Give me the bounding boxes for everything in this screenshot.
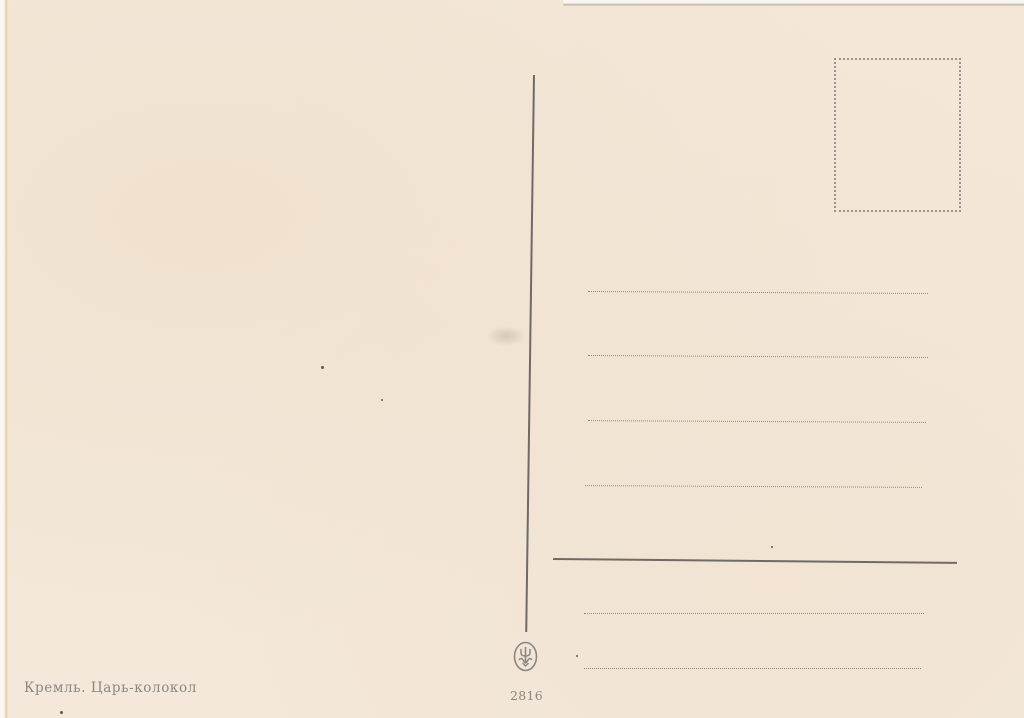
card-left-edge [0,0,8,718]
paper-speck [771,546,773,548]
message-address-divider [525,75,534,632]
card-top-edge [0,0,1024,6]
address-line-3 [588,420,926,423]
address-line-4 [585,485,922,488]
address-line-1 [588,291,928,294]
sender-line-2 [584,668,921,669]
paper-smudge [486,326,526,346]
paper-speck [576,655,578,657]
catalog-number: 2816 [510,688,543,703]
sender-divider-line [553,558,957,563]
postcard-back: Кремль. Царь-колокол 2816 [0,0,1024,718]
paper-speck [60,711,63,714]
stamp-placeholder-box [834,58,961,212]
sender-line-1 [584,613,924,614]
paper-speck [321,366,324,369]
postcard-caption: Кремль. Царь-колокол [24,680,197,696]
trident-emblem-icon [513,641,538,672]
paper-speck [381,399,383,401]
address-line-2 [588,355,928,358]
